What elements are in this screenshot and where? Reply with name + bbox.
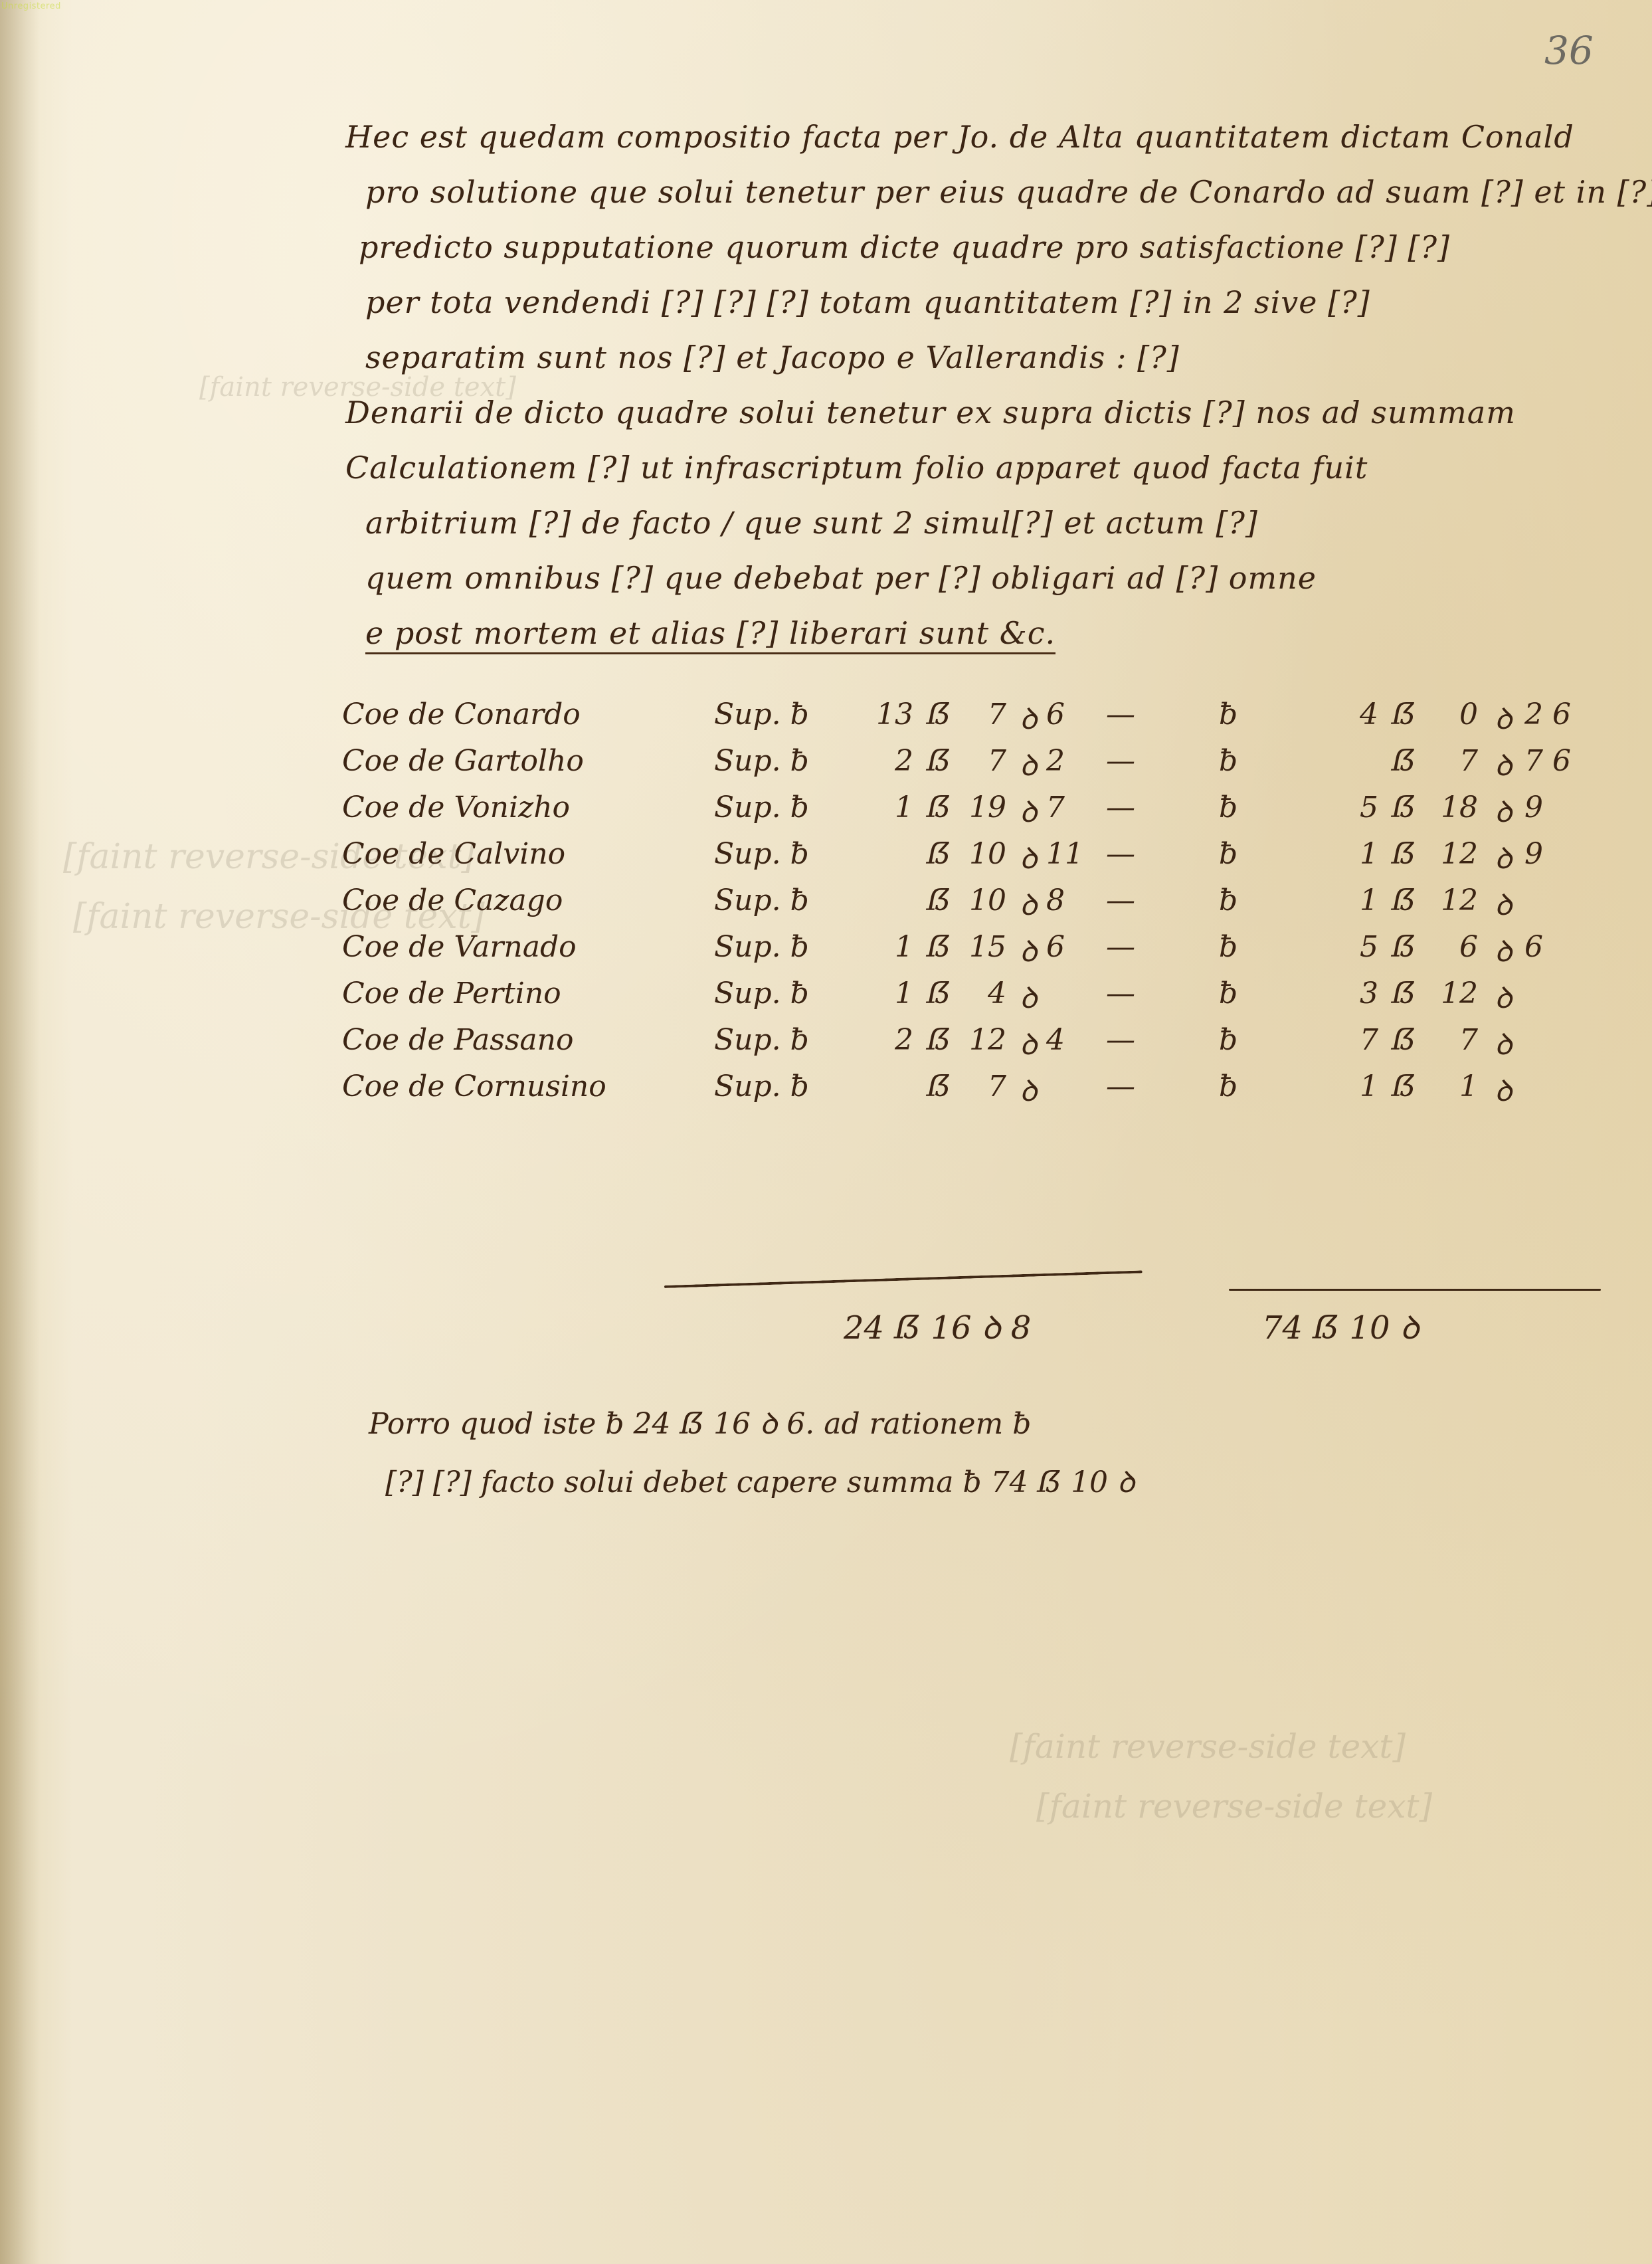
amount-b-libra: 1	[1325, 884, 1378, 917]
total-a-den: 8	[1011, 1309, 1032, 1347]
ledger-row: Coe de PassanoSup. ƀ2ẞ12ꝺ4—ƀ7ẞ7ꝺ	[342, 1023, 1624, 1070]
denarius-symbol: ꝺ	[982, 1309, 1001, 1347]
libra-symbol: ƀ	[1219, 791, 1238, 824]
libra-symbol: ƀ	[1219, 930, 1238, 964]
amount-a-solidi: 15	[953, 930, 1006, 964]
amount-b-solidi: 12	[1425, 977, 1478, 1010]
solidus-symbol: ẞ	[927, 744, 951, 778]
ledger-entry-name: Coe de Cazago	[342, 884, 563, 917]
denarius-symbol: ꝺ	[1495, 1023, 1512, 1063]
solidus-symbol: ẞ	[1313, 1309, 1339, 1347]
ledger-entry-name: Coe de Pertino	[342, 977, 561, 1010]
amount-a-solidi: 12	[953, 1023, 1006, 1057]
denarius-symbol: ꝺ	[1020, 698, 1037, 737]
supputatio-label: Sup. ƀ	[714, 698, 809, 731]
ledger-entry-name: Coe de Passano	[342, 1023, 573, 1057]
ledger-entry-name: Coe de Calvino	[342, 837, 565, 871]
libra-symbol: ƀ	[1219, 1023, 1238, 1057]
supputatio-label: Sup. ƀ	[714, 1070, 809, 1103]
amount-a-libra: 13	[860, 698, 913, 731]
paragraph-line: separatim sunt nos [?] et Jacopo e Valle…	[345, 330, 1621, 385]
amount-b-solidi: 7	[1425, 1023, 1478, 1057]
paragraph-line: per tota vendendi [?] [?] [?] totam quan…	[345, 275, 1621, 330]
amount-b-solidi: 1	[1425, 1070, 1478, 1103]
amount-b-libra: 1	[1325, 837, 1378, 871]
supputatio-label: Sup. ƀ	[714, 744, 809, 778]
amount-b-libra: 5	[1325, 791, 1378, 824]
total-share: 74 ẞ 10 ꝺ	[1262, 1305, 1420, 1349]
amount-a-libra: 1	[860, 791, 913, 824]
amount-b-solidi: 18	[1425, 791, 1478, 824]
supputatio-label: Sup. ƀ	[714, 1023, 809, 1057]
watermark-label: Unregistered	[1, 1, 61, 11]
solidus-symbol: ẞ	[1392, 930, 1416, 964]
amount-a-solidi: 10	[953, 884, 1006, 917]
denarius-symbol: ꝺ	[1020, 791, 1037, 830]
denarius-symbol: ꝺ	[1495, 1070, 1512, 1109]
ledger-row: Coe de ConardoSup. ƀ13ẞ7ꝺ6—ƀ4ẞ0ꝺ2 6	[342, 698, 1624, 744]
amount-a-libra: 1	[860, 977, 913, 1010]
solidus-symbol: ẞ	[1392, 698, 1416, 731]
amount-a-solidi: 19	[953, 791, 1006, 824]
solidus-symbol: ẞ	[1392, 884, 1416, 917]
bleed-through-text: [faint reverse-side text]	[1010, 1727, 1406, 1766]
ledger-row: Coe de VonizhoSup. ƀ1ẞ19ꝺ7—ƀ5ẞ18ꝺ9	[342, 791, 1624, 837]
amount-a-solidi: 7	[953, 744, 1006, 778]
paragraph-line: pro solutione que solui tenetur per eius…	[345, 165, 1621, 220]
amount-a-denarii: 6	[1046, 930, 1086, 964]
ledger-row: Coe de VarnadoSup. ƀ1ẞ15ꝺ6—ƀ5ẞ6ꝺ6	[342, 930, 1624, 977]
separator-dash: —	[1106, 791, 1135, 824]
separator-dash: —	[1106, 930, 1135, 964]
denarius-symbol: ꝺ	[1020, 930, 1037, 970]
solidus-symbol: ẞ	[927, 930, 951, 964]
folio-number: 36	[1544, 28, 1594, 73]
paragraph-line: predicto supputatione quorum dicte quadr…	[345, 220, 1621, 275]
summary-line: [?] [?] facto solui debet capere summa ƀ…	[369, 1454, 1365, 1512]
separator-dash: —	[1106, 884, 1135, 917]
denarius-symbol: ꝺ	[1495, 698, 1512, 737]
amount-a-solidi: 7	[953, 1070, 1006, 1103]
total-b-sol: 10	[1349, 1309, 1390, 1347]
paragraph-line: e post mortem et alias [?] liberari sunt…	[345, 606, 1621, 661]
amount-b-solidi: 12	[1425, 884, 1478, 917]
sum-rule-left	[664, 1270, 1143, 1288]
separator-dash: —	[1106, 744, 1135, 778]
denarius-symbol: ꝺ	[1020, 744, 1037, 784]
denarius-symbol: ꝺ	[1495, 744, 1512, 784]
denarius-symbol: ꝺ	[1020, 977, 1037, 1016]
separator-dash: —	[1106, 698, 1135, 731]
amount-b-solidi: 6	[1425, 930, 1478, 964]
binding-gutter-shadow	[0, 0, 40, 2264]
amount-a-libra: 2	[860, 744, 913, 778]
amount-b-denarii: 9	[1524, 837, 1564, 871]
denarius-symbol: ꝺ	[1020, 837, 1037, 877]
denarius-symbol: ꝺ	[1400, 1309, 1420, 1347]
denarius-symbol: ꝺ	[1495, 977, 1512, 1016]
solidus-symbol: ẞ	[1392, 791, 1416, 824]
solidus-symbol: ẞ	[894, 1309, 921, 1347]
amount-b-denarii: 2 6	[1524, 698, 1564, 731]
separator-dash: —	[1106, 1070, 1135, 1103]
solidus-symbol: ẞ	[927, 698, 951, 731]
separator-dash: —	[1106, 837, 1135, 871]
bleed-through-text: [faint reverse-side text]	[1036, 1787, 1432, 1826]
amount-b-solidi: 7	[1425, 744, 1478, 778]
paragraph-line: quem omnibus [?] que debebat per [?] obl…	[345, 551, 1621, 606]
summary-line: Porro quod iste ƀ 24 ẞ 16 ꝺ 6. ad ration…	[369, 1395, 1365, 1454]
total-supputatio: 24 ẞ 16 ꝺ 8	[844, 1305, 1031, 1349]
separator-dash: —	[1106, 977, 1135, 1010]
amount-b-libra: 1	[1325, 1070, 1378, 1103]
supputatio-label: Sup. ƀ	[714, 884, 809, 917]
supputatio-label: Sup. ƀ	[714, 791, 809, 824]
amount-a-libra: 1	[860, 930, 913, 964]
total-a-sol: 16	[931, 1309, 971, 1347]
amount-b-libra: 4	[1325, 698, 1378, 731]
ledger-entry-name: Coe de Varnado	[342, 930, 577, 964]
amount-b-denarii: 6	[1524, 930, 1564, 964]
libra-symbol: ƀ	[1219, 837, 1238, 871]
ledger-row: Coe de CazagoSup. ƀẞ10ꝺ8—ƀ1ẞ12ꝺ	[342, 884, 1624, 930]
denarius-symbol: ꝺ	[1495, 884, 1512, 923]
libra-symbol: ƀ	[1219, 698, 1238, 731]
amount-b-libra: 5	[1325, 930, 1378, 964]
amount-a-denarii: 6	[1046, 698, 1086, 731]
paragraph-line: Calculationem [?] ut infrascriptum folio…	[345, 440, 1621, 496]
ledger-entry-name: Coe de Gartolho	[342, 744, 584, 778]
ledger-row: Coe de CalvinoSup. ƀẞ10ꝺ11—ƀ1ẞ12ꝺ9	[342, 837, 1624, 884]
libra-symbol: ƀ	[1219, 1070, 1238, 1103]
libra-symbol: ƀ	[1219, 744, 1238, 778]
ledger-entry-name: Coe de Vonizho	[342, 791, 570, 824]
solidus-symbol: ẞ	[1392, 744, 1416, 778]
ledger-row: Coe de CornusinoSup. ƀẞ7ꝺ—ƀ1ẞ1ꝺ	[342, 1070, 1624, 1116]
denarius-symbol: ꝺ	[1495, 791, 1512, 830]
closing-summary: Porro quod iste ƀ 24 ẞ 16 ꝺ 6. ad ration…	[369, 1395, 1365, 1512]
ledger-entry-name: Coe de Conardo	[342, 698, 581, 731]
supputatio-label: Sup. ƀ	[714, 977, 809, 1010]
solidus-symbol: ẞ	[1392, 1070, 1416, 1103]
libra-symbol: ƀ	[1219, 977, 1238, 1010]
denarius-symbol: ꝺ	[1020, 1070, 1037, 1109]
solidus-symbol: ẞ	[927, 791, 951, 824]
amount-a-solidi: 7	[953, 698, 1006, 731]
opening-paragraph: Hec est quedam compositio facta per Jo. …	[345, 110, 1621, 661]
separator-dash: —	[1106, 1023, 1135, 1057]
solidus-symbol: ẞ	[927, 977, 951, 1010]
amount-a-denarii: 4	[1046, 1023, 1086, 1057]
amount-b-libra: 7	[1325, 1023, 1378, 1057]
denarius-symbol: ꝺ	[1495, 930, 1512, 970]
ledger-table: Coe de ConardoSup. ƀ13ẞ7ꝺ6—ƀ4ẞ0ꝺ2 6Coe d…	[342, 698, 1624, 1116]
amount-a-denarii: 2	[1046, 744, 1086, 778]
supputatio-label: Sup. ƀ	[714, 837, 809, 871]
manuscript-page: Unregistered 36 [faint reverse-side text…	[0, 0, 1652, 2264]
solidus-symbol: ẞ	[1392, 977, 1416, 1010]
solidus-symbol: ẞ	[927, 1070, 951, 1103]
amount-b-denarii: 7 6	[1524, 744, 1564, 778]
total-a-lib: 24	[844, 1309, 884, 1347]
amount-a-solidi: 10	[953, 837, 1006, 871]
amount-a-denarii: 7	[1046, 791, 1086, 824]
libra-symbol: ƀ	[1219, 884, 1238, 917]
amount-a-libra: 2	[860, 1023, 913, 1057]
denarius-symbol: ꝺ	[1495, 837, 1512, 877]
ledger-row: Coe de GartolhoSup. ƀ2ẞ7ꝺ2—ƀẞ7ꝺ7 6	[342, 744, 1624, 791]
solidus-symbol: ẞ	[1392, 1023, 1416, 1057]
paragraph-line: arbitrium [?] de facto / que sunt 2 simu…	[345, 496, 1621, 551]
amount-b-denarii: 9	[1524, 791, 1564, 824]
amount-a-denarii: 11	[1046, 837, 1086, 871]
amount-b-solidi: 0	[1425, 698, 1478, 731]
amount-a-denarii: 8	[1046, 884, 1086, 917]
supputatio-label: Sup. ƀ	[714, 930, 809, 964]
amount-a-solidi: 4	[953, 977, 1006, 1010]
solidus-symbol: ẞ	[1392, 837, 1416, 871]
amount-b-libra: 3	[1325, 977, 1378, 1010]
paragraph-line: Hec est quedam compositio facta per Jo. …	[345, 110, 1621, 165]
solidus-symbol: ẞ	[927, 837, 951, 871]
total-b-lib: 74	[1262, 1309, 1303, 1347]
ledger-entry-name: Coe de Cornusino	[342, 1070, 606, 1103]
denarius-symbol: ꝺ	[1020, 1023, 1037, 1063]
solidus-symbol: ẞ	[927, 884, 951, 917]
paragraph-line: Denarii de dicto quadre solui tenetur ex…	[345, 385, 1621, 440]
paragraph-closing-text: e post mortem et alias [?] liberari sunt…	[365, 615, 1055, 654]
denarius-symbol: ꝺ	[1020, 884, 1037, 923]
sum-rule-right	[1229, 1289, 1601, 1291]
amount-b-solidi: 12	[1425, 837, 1478, 871]
ledger-row: Coe de PertinoSup. ƀ1ẞ4ꝺ—ƀ3ẞ12ꝺ	[342, 977, 1624, 1023]
solidus-symbol: ẞ	[927, 1023, 951, 1057]
